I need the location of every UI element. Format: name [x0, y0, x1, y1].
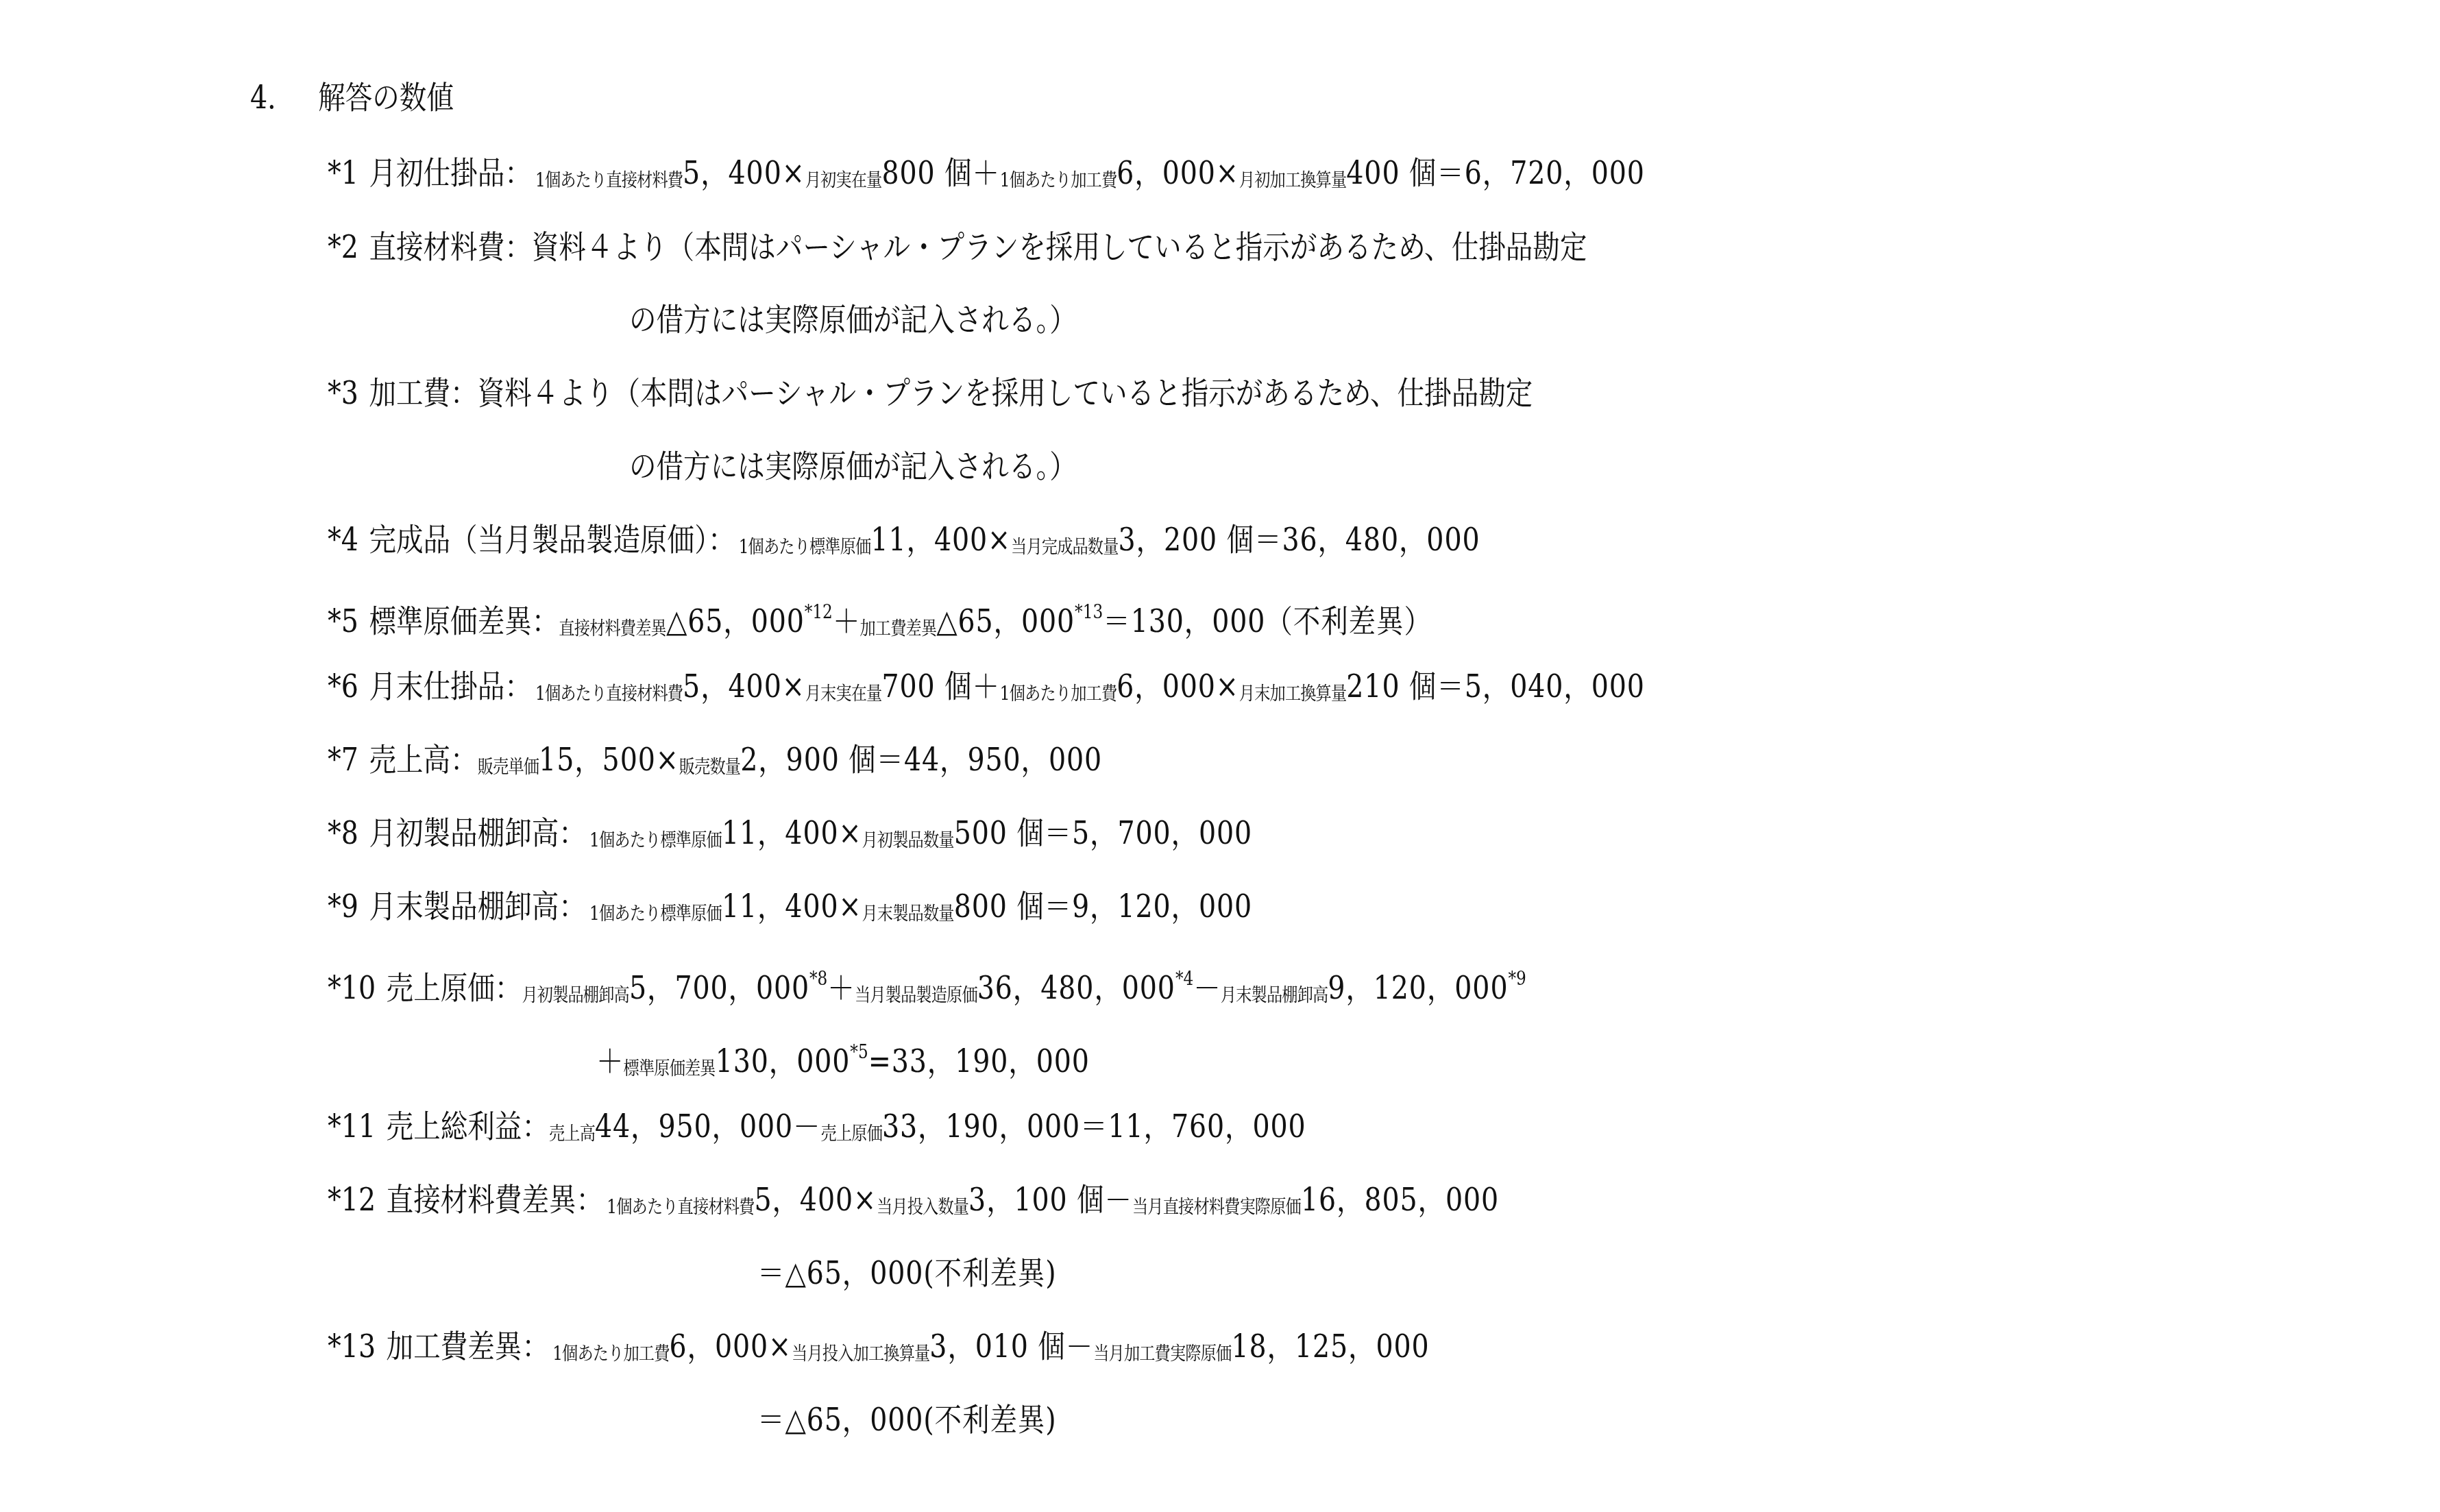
- value: 11，400×: [722, 814, 862, 851]
- sub-label: 1個あたり標準原価: [589, 903, 722, 925]
- value: 700 個＋: [881, 668, 999, 705]
- sub-label: 当月投入数量: [877, 1197, 968, 1218]
- sub-label: 当月製品製造原価: [855, 985, 977, 1006]
- value: 33，190，000＝11，760，000: [882, 1108, 1306, 1145]
- footnote-ref: *9: [1508, 968, 1526, 990]
- operator: ＋: [596, 1042, 624, 1080]
- answer-item-3: *3加工費：資料４より（本問はパーシャル・プランを採用していると指示があるため、…: [328, 372, 1533, 413]
- value: 5，700，000: [629, 969, 809, 1006]
- footnote-ref: *4: [1175, 968, 1193, 990]
- value: 6，000×: [1117, 154, 1239, 191]
- answer-item-13: *13加工費差異：1個あたり加工費6，000×当月投入加工換算量3，010 個－…: [328, 1326, 1430, 1375]
- sub-label: 月初製品数量: [862, 830, 953, 851]
- sub-label: 当月直接材料費実際原価: [1132, 1197, 1301, 1218]
- sub-label: 当月完成品数量: [1011, 537, 1119, 558]
- value: 3，100 個－: [968, 1181, 1132, 1218]
- answer-item-13-continuation: ＝△65，000(不利差異): [757, 1399, 1057, 1440]
- sub-label: 1個あたり直接材料費: [535, 683, 683, 705]
- value: 18，125，000: [1231, 1328, 1429, 1365]
- answer-item-9: *9月末製品棚卸高：1個あたり標準原価11，400×月末製品数量800 個＝9，…: [328, 886, 1252, 935]
- sub-label: 月末製品棚卸高: [1221, 985, 1328, 1006]
- value: 800 個＋: [881, 154, 999, 191]
- footnote-ref: *8: [809, 968, 827, 990]
- answer-item-12: *12直接材料費差異：1個あたり直接材料費5，400×当月投入数量3，100 個…: [328, 1179, 1499, 1228]
- value: 800 個＝9，120，000: [954, 888, 1252, 925]
- value: 130，000: [716, 1042, 851, 1080]
- item-text: 資料４より（本問はパーシャル・プランを採用していると指示があるため、仕掛品勘定: [532, 228, 1587, 265]
- item-mark: *8: [328, 814, 358, 851]
- section-number: 4．: [250, 79, 295, 116]
- sub-label: 月初加工換算量: [1239, 170, 1347, 191]
- answer-item-8: *8月初製品棚卸高：1個あたり標準原価11，400×月初製品数量500 個＝5，…: [328, 812, 1252, 862]
- value: 210 個＝5，040，000: [1346, 668, 1644, 705]
- sub-label: 月末加工換算量: [1239, 683, 1347, 705]
- item-mark: *6: [328, 668, 358, 705]
- value: 3，010 個－: [929, 1328, 1093, 1365]
- value: =33，190，000: [868, 1042, 1090, 1080]
- sub-label: 1個あたり標準原価: [589, 830, 722, 851]
- item-mark: *10: [328, 969, 376, 1006]
- sub-label: 加工費差異: [859, 618, 936, 639]
- sub-label: 当月加工費実際原価: [1093, 1343, 1231, 1365]
- item-mark: *7: [328, 741, 358, 778]
- item-mark: *1: [328, 154, 358, 191]
- item-text: の借方には実際原価が記入される。）: [629, 301, 1077, 338]
- sub-label: 月初製品棚卸高: [522, 985, 629, 1006]
- answer-item-10-continuation: ＋標準原価差異130，000*5=33，190，000: [596, 1032, 1090, 1090]
- item-mark: *2: [328, 228, 358, 265]
- value: 3，200 個＝36，480，000: [1119, 521, 1480, 558]
- item-label: 月初製品棚卸高：: [369, 814, 585, 851]
- answer-item-6: *6月末仕掛品：1個あたり直接材料費5，400×月末実在量700 個＋1個あたり…: [328, 666, 1645, 715]
- item-mark: *9: [328, 888, 358, 925]
- section-heading: 4．解答の数値: [250, 77, 454, 118]
- value: 2，900 個＝44，950，000: [740, 741, 1102, 778]
- item-label: 標準原価差異：: [369, 602, 559, 639]
- value: 9，120，000: [1328, 969, 1508, 1006]
- answer-item-4: *4完成品（当月製品製造原価）：1個あたり標準原価11，400×当月完成品数量3…: [328, 519, 1480, 568]
- sub-label: 当月投入加工換算量: [792, 1343, 929, 1365]
- answer-item-11: *11売上総利益：売上高44，950，000－売上原価33，190，000＝11…: [328, 1106, 1306, 1155]
- answer-item-2-continuation: の借方には実際原価が記入される。）: [629, 299, 1077, 340]
- answer-item-1: *1月初仕掛品：1個あたり直接材料費5，400×月初実在量800 個＋1個あたり…: [328, 152, 1645, 202]
- value: 36，480，000: [977, 969, 1175, 1006]
- sub-label: 1個あたり加工費: [1000, 170, 1117, 191]
- value: 11，400×: [870, 521, 1011, 558]
- item-mark: *3: [328, 374, 358, 411]
- item-label: 売上高：: [369, 741, 477, 778]
- sub-label: 直接材料費差異: [559, 618, 666, 639]
- footnote-ref: *12: [805, 602, 833, 623]
- value: 500 個＝5，700，000: [954, 814, 1252, 851]
- value: 400 個＝6，720，000: [1346, 154, 1644, 191]
- sub-label: 月末実在量: [805, 683, 882, 705]
- item-mark: *5: [328, 602, 358, 639]
- value: ＝△65，000(不利差異): [757, 1254, 1057, 1291]
- item-text: 資料４より（本問はパーシャル・プランを採用していると指示があるため、仕掛品勘定: [478, 374, 1533, 411]
- section-title: 解答の数値: [318, 79, 454, 116]
- answer-item-12-continuation: ＝△65，000(不利差異): [757, 1252, 1057, 1293]
- sub-label: 月初実在量: [805, 170, 882, 191]
- operator: ＋: [827, 969, 855, 1006]
- item-label: 売上総利益：: [387, 1108, 549, 1145]
- item-label: 月初仕掛品：: [369, 154, 531, 191]
- item-label: 月末製品棚卸高：: [369, 888, 585, 925]
- item-label: 月末仕掛品：: [369, 668, 531, 705]
- item-label: 加工費：: [369, 374, 477, 411]
- sub-label: 月末製品数量: [862, 903, 953, 925]
- footnote-ref: *13: [1075, 602, 1103, 623]
- sub-label: 1個あたり加工費: [1000, 683, 1117, 705]
- sub-label: 標準原価差異: [624, 1058, 716, 1080]
- answer-item-2: *2直接材料費：資料４より（本問はパーシャル・プランを採用していると指示があるた…: [328, 226, 1587, 267]
- value: 5，400×: [754, 1181, 877, 1218]
- value: 6，000×: [1117, 668, 1239, 705]
- sub-label: 売上高: [549, 1123, 595, 1145]
- value: 44，950，000－: [595, 1108, 821, 1145]
- sub-label: 売上原価: [821, 1123, 882, 1145]
- item-label: 直接材料費差異：: [387, 1181, 603, 1218]
- sub-label: 1個あたり直接材料費: [607, 1197, 754, 1218]
- operator: －: [1193, 969, 1221, 1006]
- item-mark: *12: [328, 1181, 376, 1218]
- value: △65，000: [666, 602, 805, 639]
- value: 5，400×: [683, 154, 805, 191]
- operator: ＋: [833, 602, 860, 639]
- answer-item-10: *10売上原価：月初製品棚卸高5，700，000*8＋当月製品製造原価36，48…: [328, 959, 1526, 1016]
- answer-item-7: *7売上高：販売単価15，500×販売数量2，900 個＝44，950，000: [328, 739, 1102, 788]
- item-label: 売上原価：: [387, 969, 522, 1006]
- item-mark: *13: [328, 1328, 376, 1365]
- value: ＝130，000（不利差異）: [1103, 602, 1432, 639]
- sub-label: 1個あたり加工費: [552, 1343, 669, 1365]
- value: 5，400×: [683, 668, 805, 705]
- sub-label: 1個あたり標準原価: [739, 537, 871, 558]
- item-label: 完成品（当月製品製造原価）：: [369, 521, 735, 558]
- value: ＝△65，000(不利差異): [757, 1401, 1057, 1438]
- footnote-ref: *5: [850, 1042, 868, 1063]
- answer-item-3-continuation: の借方には実際原価が記入される。）: [629, 446, 1077, 487]
- sub-label: 1個あたり直接材料費: [535, 170, 683, 191]
- value: 16，805，000: [1301, 1181, 1499, 1218]
- value: △65，000: [936, 602, 1075, 639]
- sub-label: 販売単価: [478, 757, 539, 778]
- sub-label: 販売数量: [679, 757, 740, 778]
- answer-item-5: *5標準原価差異：直接材料費差異△65，000*12＋加工費差異△65，000*…: [328, 592, 1432, 650]
- value: 11，400×: [722, 888, 862, 925]
- value: 15，500×: [539, 741, 679, 778]
- item-label: 直接材料費：: [369, 228, 531, 265]
- item-mark: *11: [328, 1108, 376, 1145]
- item-text: の借方には実際原価が記入される。）: [629, 448, 1077, 485]
- item-label: 加工費差異：: [387, 1328, 549, 1365]
- item-mark: *4: [328, 521, 358, 558]
- value: 6，000×: [670, 1328, 792, 1365]
